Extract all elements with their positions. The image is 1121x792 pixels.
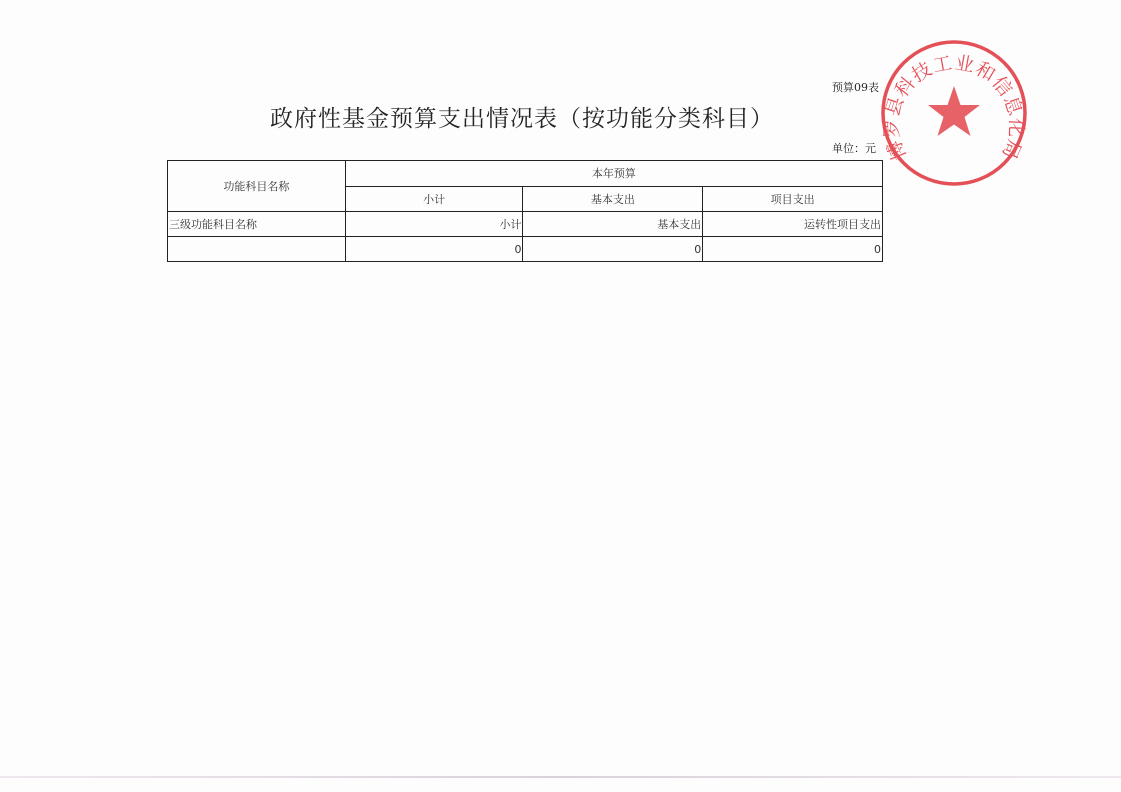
- header-project-expenditure: 项目支出: [703, 186, 883, 212]
- row-basic: 0: [523, 237, 703, 262]
- subheader-basic-expenditure: 基本支出: [523, 212, 703, 237]
- header-subtotal: 小计: [345, 186, 523, 212]
- header-category-name: 功能科目名称: [168, 161, 346, 212]
- row-project: 0: [703, 237, 883, 262]
- subheader-category-name: 三级功能科目名称: [168, 212, 346, 237]
- official-seal: 博罗县科技工业和信息化局: [879, 38, 1029, 188]
- header-basic-expenditure: 基本支出: [523, 186, 703, 212]
- subheader-subtotal: 小计: [345, 212, 523, 237]
- unit-label: 单位：元: [832, 140, 876, 156]
- seal-text: 博罗县科技工业和信息化局: [881, 52, 1028, 163]
- subheader-row: 三级功能科目名称 小计 基本支出 运转性项目支出: [168, 212, 883, 237]
- scan-edge-line: [0, 776, 1121, 778]
- table-row: 0 0 0: [168, 237, 883, 262]
- row-subtotal: 0: [345, 237, 523, 262]
- header-current-year-budget: 本年预算: [345, 161, 882, 187]
- budget-table: 功能科目名称 本年预算 小计 基本支出 项目支出 三级功能科目名称 小计 基本支…: [167, 160, 883, 262]
- form-code: 预算09表: [832, 79, 879, 95]
- svg-text:博罗县科技工业和信息化局: 博罗县科技工业和信息化局: [881, 52, 1028, 163]
- header-row: 功能科目名称 本年预算: [168, 161, 883, 187]
- page-title: 政府性基金预算支出情况表（按功能分类科目）: [270, 100, 774, 133]
- star-icon: [928, 86, 980, 136]
- row-name: [168, 237, 346, 262]
- subheader-operating-project-expenditure: 运转性项目支出: [703, 212, 883, 237]
